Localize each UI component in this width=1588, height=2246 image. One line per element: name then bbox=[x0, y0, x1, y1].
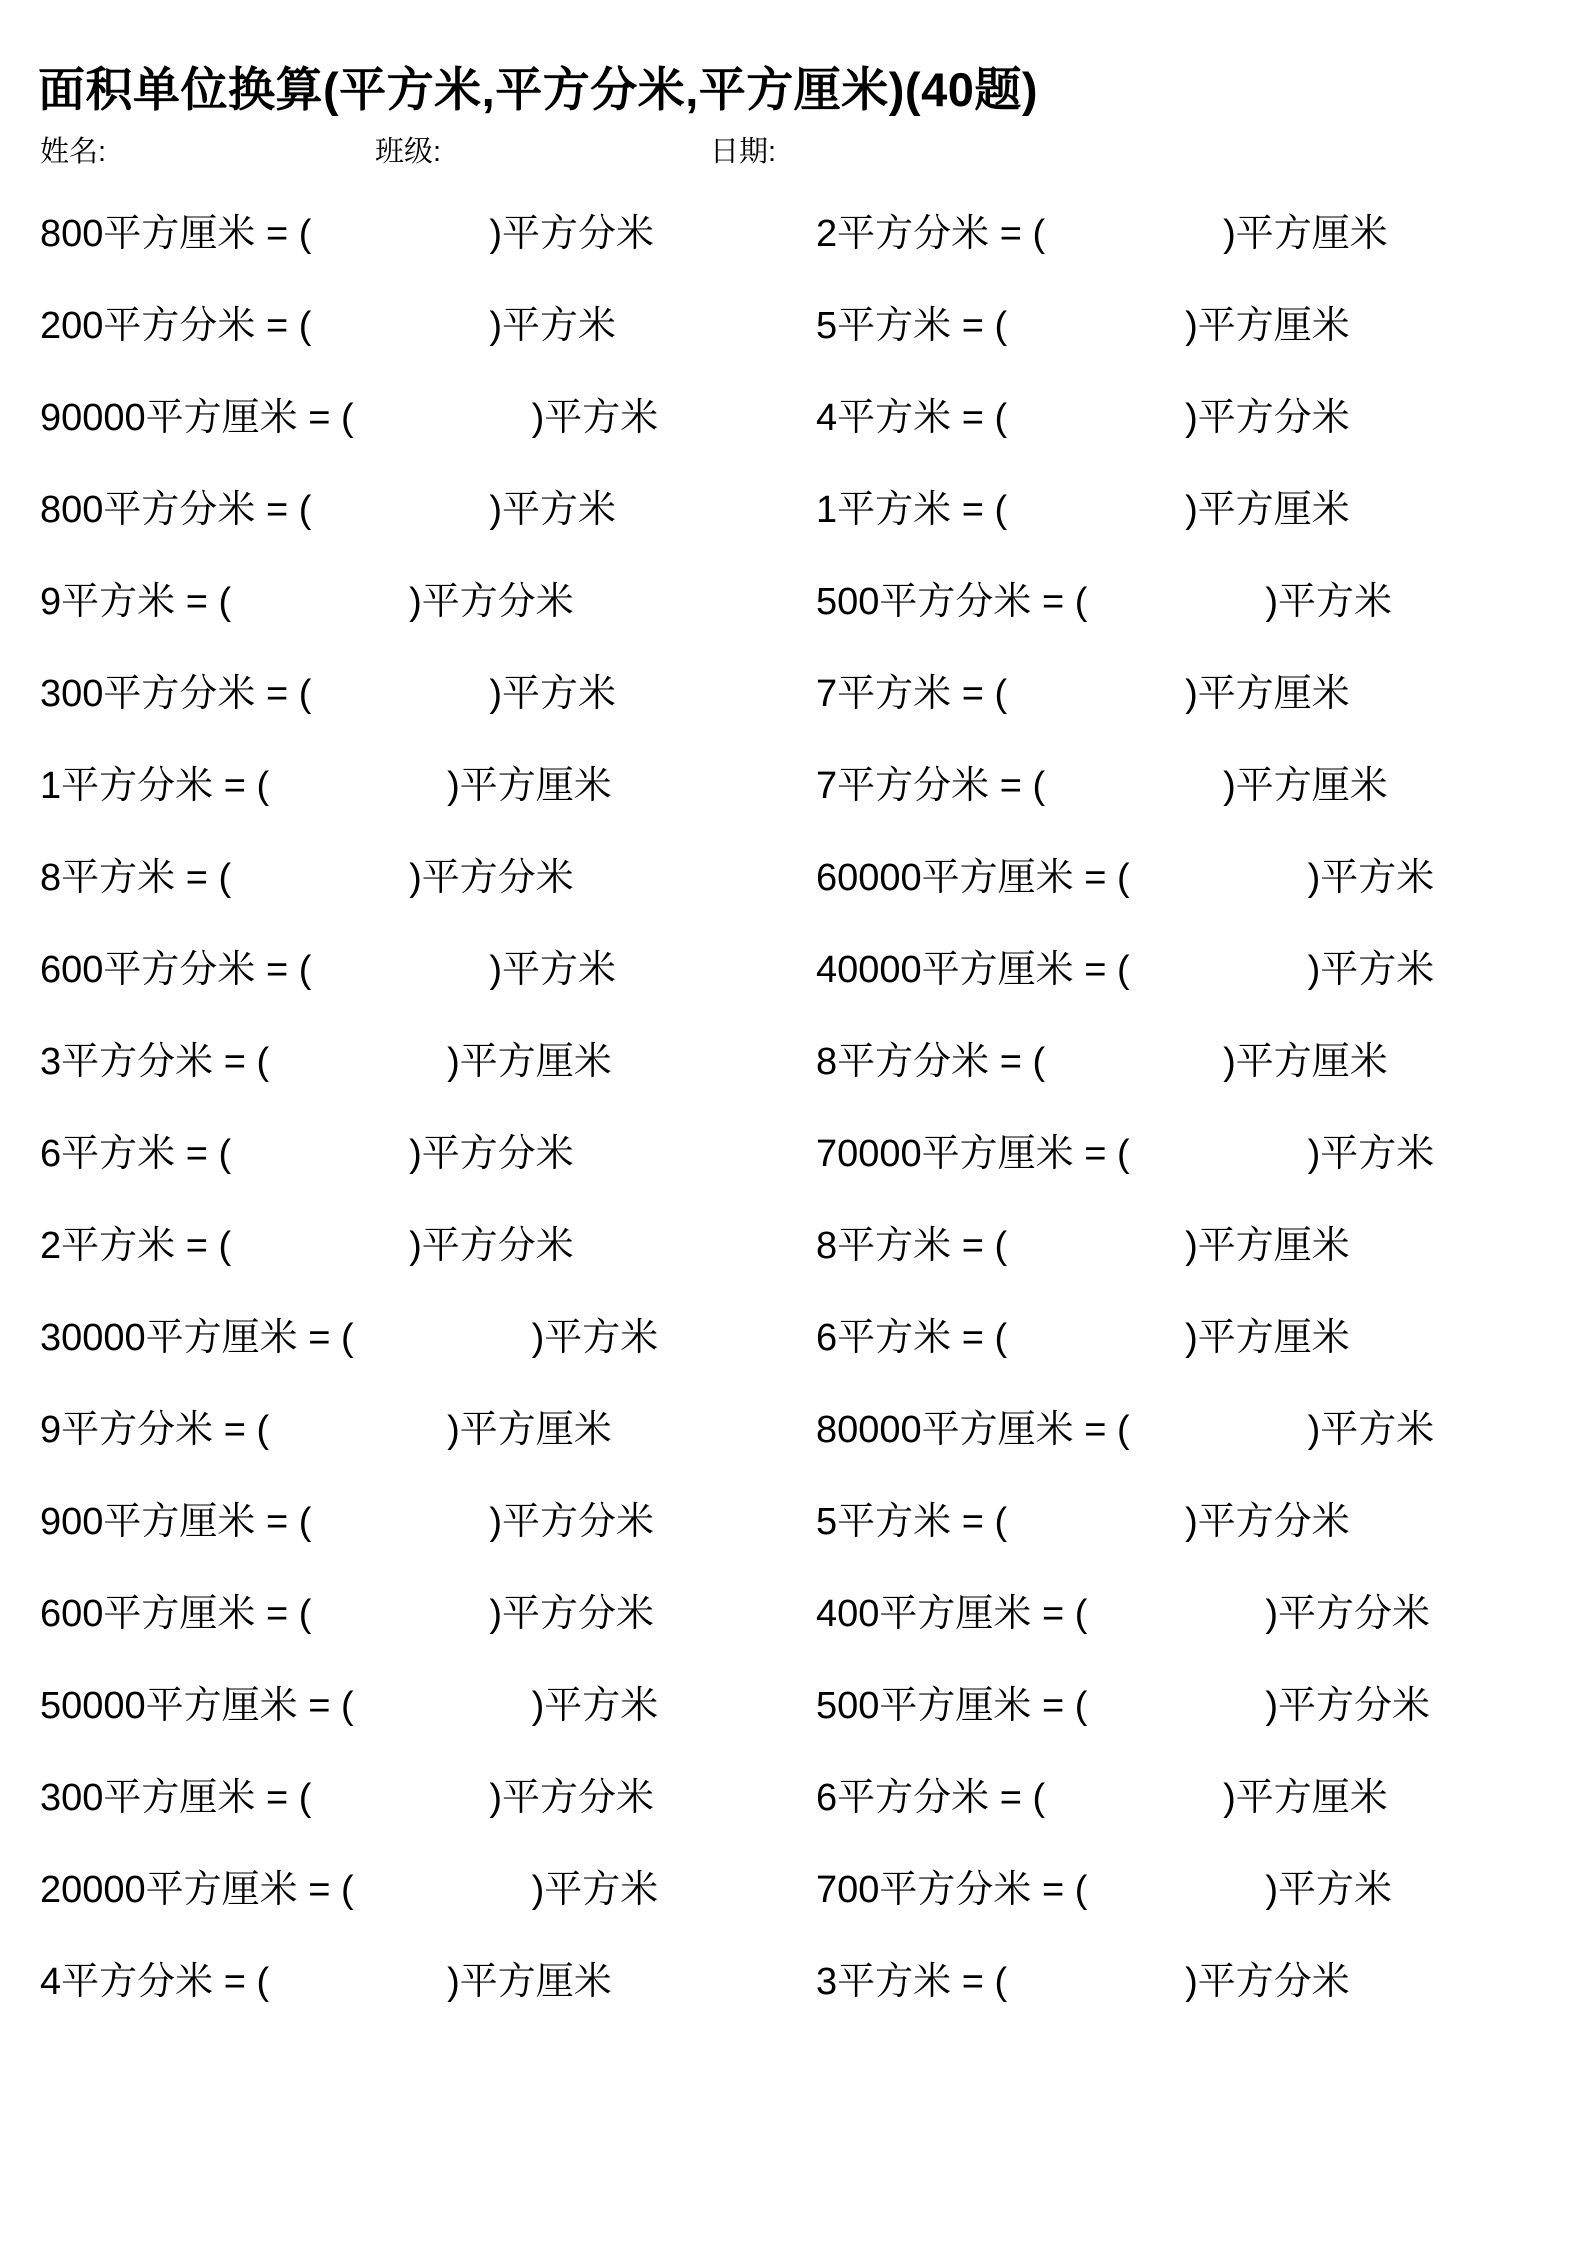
problem-answer-unit: )平方分米 bbox=[489, 1593, 654, 1635]
problem-item: 600平方厘米 = ()平方分米 bbox=[40, 1593, 816, 1685]
problem-question-text: 30000平方厘米 = ( bbox=[40, 1317, 354, 1359]
problem-answer-unit: )平方厘米 bbox=[1223, 1041, 1388, 1083]
answer-blank bbox=[1045, 1809, 1223, 1810]
problem-item: 40000平方厘米 = ()平方米 bbox=[816, 949, 1434, 1041]
problem-question-text: 2平方米 = ( bbox=[40, 1225, 231, 1267]
problem-answer-unit: )平方厘米 bbox=[1185, 489, 1350, 531]
problem-question-text: 8平方米 = ( bbox=[40, 857, 231, 899]
header-fields: 姓名: 班级: 日期: bbox=[0, 136, 1588, 170]
problem-question-text: 8平方米 = ( bbox=[816, 1225, 1007, 1267]
problem-question-text: 90000平方厘米 = ( bbox=[40, 397, 354, 439]
answer-blank bbox=[311, 1625, 489, 1626]
problem-item: 50000平方厘米 = ()平方米 bbox=[40, 1685, 816, 1777]
problem-item: 6平方分米 = ()平方厘米 bbox=[816, 1777, 1434, 1869]
problem-answer-unit: )平方厘米 bbox=[1223, 765, 1388, 807]
answer-blank bbox=[269, 1441, 447, 1442]
problem-question-text: 600平方分米 = ( bbox=[40, 949, 311, 991]
problem-item: 3平方分米 = ()平方厘米 bbox=[40, 1041, 816, 1133]
answer-blank bbox=[1045, 797, 1223, 798]
problem-item: 1平方米 = ()平方厘米 bbox=[816, 489, 1434, 581]
answer-blank bbox=[1130, 1165, 1308, 1166]
problem-answer-unit: )平方米 bbox=[1308, 857, 1435, 899]
answer-blank bbox=[1007, 1349, 1185, 1350]
problem-question-text: 60000平方厘米 = ( bbox=[816, 857, 1130, 899]
problem-item: 5平方米 = ()平方分米 bbox=[816, 1501, 1434, 1593]
problem-answer-unit: )平方厘米 bbox=[447, 1961, 612, 2003]
problem-answer-unit: )平方米 bbox=[489, 949, 616, 991]
problem-answer-unit: )平方米 bbox=[532, 1869, 659, 1911]
problem-answer-unit: )平方米 bbox=[1308, 1409, 1435, 1451]
answer-blank bbox=[1045, 245, 1223, 246]
answer-blank bbox=[269, 1993, 447, 1994]
problem-answer-unit: )平方米 bbox=[489, 489, 616, 531]
problem-item: 9平方米 = ()平方分米 bbox=[40, 581, 816, 673]
answer-blank bbox=[1087, 1625, 1265, 1626]
answer-blank bbox=[311, 1533, 489, 1534]
problem-item: 4平方分米 = ()平方厘米 bbox=[40, 1961, 816, 2053]
problem-answer-unit: )平方厘米 bbox=[1185, 1317, 1350, 1359]
answer-blank bbox=[1007, 705, 1185, 706]
answer-blank bbox=[311, 705, 489, 706]
problem-item: 300平方厘米 = ()平方分米 bbox=[40, 1777, 816, 1869]
problem-answer-unit: )平方米 bbox=[532, 1685, 659, 1727]
problem-question-text: 500平方分米 = ( bbox=[816, 581, 1087, 623]
problem-item: 800平方分米 = ()平方米 bbox=[40, 489, 816, 581]
problem-item: 8平方米 = ()平方分米 bbox=[40, 857, 816, 949]
problem-answer-unit: )平方分米 bbox=[1185, 397, 1350, 439]
answer-blank bbox=[1007, 429, 1185, 430]
answer-blank bbox=[1007, 1533, 1185, 1534]
problem-question-text: 300平方分米 = ( bbox=[40, 673, 311, 715]
answer-blank bbox=[311, 337, 489, 338]
problem-answer-unit: )平方厘米 bbox=[447, 1409, 612, 1451]
problem-item: 300平方分米 = ()平方米 bbox=[40, 673, 816, 765]
problem-item: 60000平方厘米 = ()平方米 bbox=[816, 857, 1434, 949]
class-label: 班级: bbox=[375, 136, 441, 168]
problem-question-text: 800平方分米 = ( bbox=[40, 489, 311, 531]
answer-blank bbox=[1087, 1901, 1265, 1902]
answer-blank bbox=[1130, 981, 1308, 982]
problem-answer-unit: )平方米 bbox=[489, 673, 616, 715]
problem-answer-unit: )平方分米 bbox=[409, 1133, 574, 1175]
problem-question-text: 7平方米 = ( bbox=[816, 673, 1007, 715]
problem-question-text: 2平方分米 = ( bbox=[816, 213, 1045, 255]
problem-answer-unit: )平方分米 bbox=[489, 1501, 654, 1543]
problem-answer-unit: )平方米 bbox=[1308, 1133, 1435, 1175]
name-label: 姓名: bbox=[40, 136, 106, 168]
problem-answer-unit: )平方厘米 bbox=[447, 1041, 612, 1083]
answer-blank bbox=[1007, 1257, 1185, 1258]
problem-answer-unit: )平方米 bbox=[532, 397, 659, 439]
answer-blank bbox=[311, 981, 489, 982]
problem-question-text: 3平方米 = ( bbox=[816, 1961, 1007, 2003]
problem-item: 5平方米 = ()平方厘米 bbox=[816, 305, 1434, 397]
problem-answer-unit: )平方分米 bbox=[409, 857, 574, 899]
answer-blank bbox=[231, 889, 409, 890]
problem-item: 90000平方厘米 = ()平方米 bbox=[40, 397, 816, 489]
answer-blank bbox=[311, 1809, 489, 1810]
answer-blank bbox=[1130, 889, 1308, 890]
problem-item: 900平方厘米 = ()平方分米 bbox=[40, 1501, 816, 1593]
problem-question-text: 5平方米 = ( bbox=[816, 1501, 1007, 1543]
problem-item: 3平方米 = ()平方分米 bbox=[816, 1961, 1434, 2053]
problem-answer-unit: )平方厘米 bbox=[1185, 305, 1350, 347]
problem-question-text: 70000平方厘米 = ( bbox=[816, 1133, 1130, 1175]
problem-grid: 800平方厘米 = ()平方分米 2平方分米 = ()平方厘米 200平方分米 … bbox=[40, 213, 1434, 2053]
problem-answer-unit: )平方米 bbox=[532, 1317, 659, 1359]
problem-question-text: 1平方米 = ( bbox=[816, 489, 1007, 531]
problem-question-text: 6平方米 = ( bbox=[816, 1317, 1007, 1359]
problem-item: 80000平方厘米 = ()平方米 bbox=[816, 1409, 1434, 1501]
problem-item: 6平方米 = ()平方厘米 bbox=[816, 1317, 1434, 1409]
answer-blank bbox=[1007, 521, 1185, 522]
problem-question-text: 200平方分米 = ( bbox=[40, 305, 311, 347]
problem-question-text: 50000平方厘米 = ( bbox=[40, 1685, 354, 1727]
answer-blank bbox=[1007, 1993, 1185, 1994]
problem-answer-unit: )平方厘米 bbox=[1185, 673, 1350, 715]
problem-question-text: 3平方分米 = ( bbox=[40, 1041, 269, 1083]
answer-blank bbox=[311, 521, 489, 522]
problem-question-text: 900平方厘米 = ( bbox=[40, 1501, 311, 1543]
problem-answer-unit: )平方米 bbox=[1265, 581, 1392, 623]
problem-item: 4平方米 = ()平方分米 bbox=[816, 397, 1434, 489]
answer-blank bbox=[354, 1349, 532, 1350]
problem-question-text: 9平方分米 = ( bbox=[40, 1409, 269, 1451]
problem-item: 200平方分米 = ()平方米 bbox=[40, 305, 816, 397]
date-label: 日期: bbox=[710, 136, 776, 168]
problem-answer-unit: )平方米 bbox=[1265, 1869, 1392, 1911]
problem-answer-unit: )平方厘米 bbox=[1185, 1225, 1350, 1267]
answer-blank bbox=[354, 1717, 532, 1718]
problem-answer-unit: )平方厘米 bbox=[1223, 213, 1388, 255]
problem-item: 70000平方厘米 = ()平方米 bbox=[816, 1133, 1434, 1225]
problem-answer-unit: )平方分米 bbox=[409, 1225, 574, 1267]
problem-item: 8平方米 = ()平方厘米 bbox=[816, 1225, 1434, 1317]
answer-blank bbox=[1130, 1441, 1308, 1442]
problem-question-text: 300平方厘米 = ( bbox=[40, 1777, 311, 1819]
problem-question-text: 400平方厘米 = ( bbox=[816, 1593, 1087, 1635]
problem-item: 7平方米 = ()平方厘米 bbox=[816, 673, 1434, 765]
problem-item: 2平方分米 = ()平方厘米 bbox=[816, 213, 1434, 305]
problem-answer-unit: )平方分米 bbox=[1185, 1501, 1350, 1543]
problem-question-text: 800平方厘米 = ( bbox=[40, 213, 311, 255]
answer-blank bbox=[231, 1257, 409, 1258]
problem-question-text: 500平方厘米 = ( bbox=[816, 1685, 1087, 1727]
problem-item: 1平方分米 = ()平方厘米 bbox=[40, 765, 816, 857]
problem-answer-unit: )平方米 bbox=[489, 305, 616, 347]
problem-question-text: 8平方分米 = ( bbox=[816, 1041, 1045, 1083]
problem-item: 800平方厘米 = ()平方分米 bbox=[40, 213, 816, 305]
answer-blank bbox=[1087, 613, 1265, 614]
answer-blank bbox=[231, 1165, 409, 1166]
answer-blank bbox=[354, 429, 532, 430]
problem-answer-unit: )平方分米 bbox=[1265, 1685, 1430, 1727]
problem-question-text: 6平方米 = ( bbox=[40, 1133, 231, 1175]
problem-question-text: 700平方分米 = ( bbox=[816, 1869, 1087, 1911]
problem-item: 500平方分米 = ()平方米 bbox=[816, 581, 1434, 673]
problem-item: 8平方分米 = ()平方厘米 bbox=[816, 1041, 1434, 1133]
answer-blank bbox=[231, 613, 409, 614]
problem-answer-unit: )平方分米 bbox=[489, 1777, 654, 1819]
problem-item: 2平方米 = ()平方分米 bbox=[40, 1225, 816, 1317]
problem-question-text: 40000平方厘米 = ( bbox=[816, 949, 1130, 991]
problem-question-text: 4平方分米 = ( bbox=[40, 1961, 269, 2003]
problem-answer-unit: )平方分米 bbox=[409, 581, 574, 623]
answer-blank bbox=[1087, 1717, 1265, 1718]
problem-answer-unit: )平方米 bbox=[1308, 949, 1435, 991]
problem-question-text: 6平方分米 = ( bbox=[816, 1777, 1045, 1819]
problem-item: 400平方厘米 = ()平方分米 bbox=[816, 1593, 1434, 1685]
problem-question-text: 7平方分米 = ( bbox=[816, 765, 1045, 807]
problem-answer-unit: )平方分米 bbox=[1185, 1961, 1350, 2003]
problem-answer-unit: )平方分米 bbox=[1265, 1593, 1430, 1635]
problem-question-text: 5平方米 = ( bbox=[816, 305, 1007, 347]
answer-blank bbox=[1045, 1073, 1223, 1074]
problem-answer-unit: )平方厘米 bbox=[1223, 1777, 1388, 1819]
problem-question-text: 20000平方厘米 = ( bbox=[40, 1869, 354, 1911]
problem-item: 30000平方厘米 = ()平方米 bbox=[40, 1317, 816, 1409]
problem-question-text: 600平方厘米 = ( bbox=[40, 1593, 311, 1635]
problem-item: 9平方分米 = ()平方厘米 bbox=[40, 1409, 816, 1501]
answer-blank bbox=[269, 797, 447, 798]
problem-answer-unit: )平方厘米 bbox=[447, 765, 612, 807]
problem-item: 20000平方厘米 = ()平方米 bbox=[40, 1869, 816, 1961]
answer-blank bbox=[354, 1901, 532, 1902]
problem-question-text: 1平方分米 = ( bbox=[40, 765, 269, 807]
answer-blank bbox=[1007, 337, 1185, 338]
answer-blank bbox=[269, 1073, 447, 1074]
problem-answer-unit: )平方分米 bbox=[489, 213, 654, 255]
problem-item: 6平方米 = ()平方分米 bbox=[40, 1133, 816, 1225]
problem-item: 700平方分米 = ()平方米 bbox=[816, 1869, 1434, 1961]
problem-item: 7平方分米 = ()平方厘米 bbox=[816, 765, 1434, 857]
page-title: 面积单位换算(平方米,平方分米,平方厘米)(40题) bbox=[38, 64, 1038, 116]
problem-question-text: 80000平方厘米 = ( bbox=[816, 1409, 1130, 1451]
answer-blank bbox=[311, 245, 489, 246]
problem-item: 600平方分米 = ()平方米 bbox=[40, 949, 816, 1041]
problem-question-text: 9平方米 = ( bbox=[40, 581, 231, 623]
problem-item: 500平方厘米 = ()平方分米 bbox=[816, 1685, 1434, 1777]
problem-question-text: 4平方米 = ( bbox=[816, 397, 1007, 439]
